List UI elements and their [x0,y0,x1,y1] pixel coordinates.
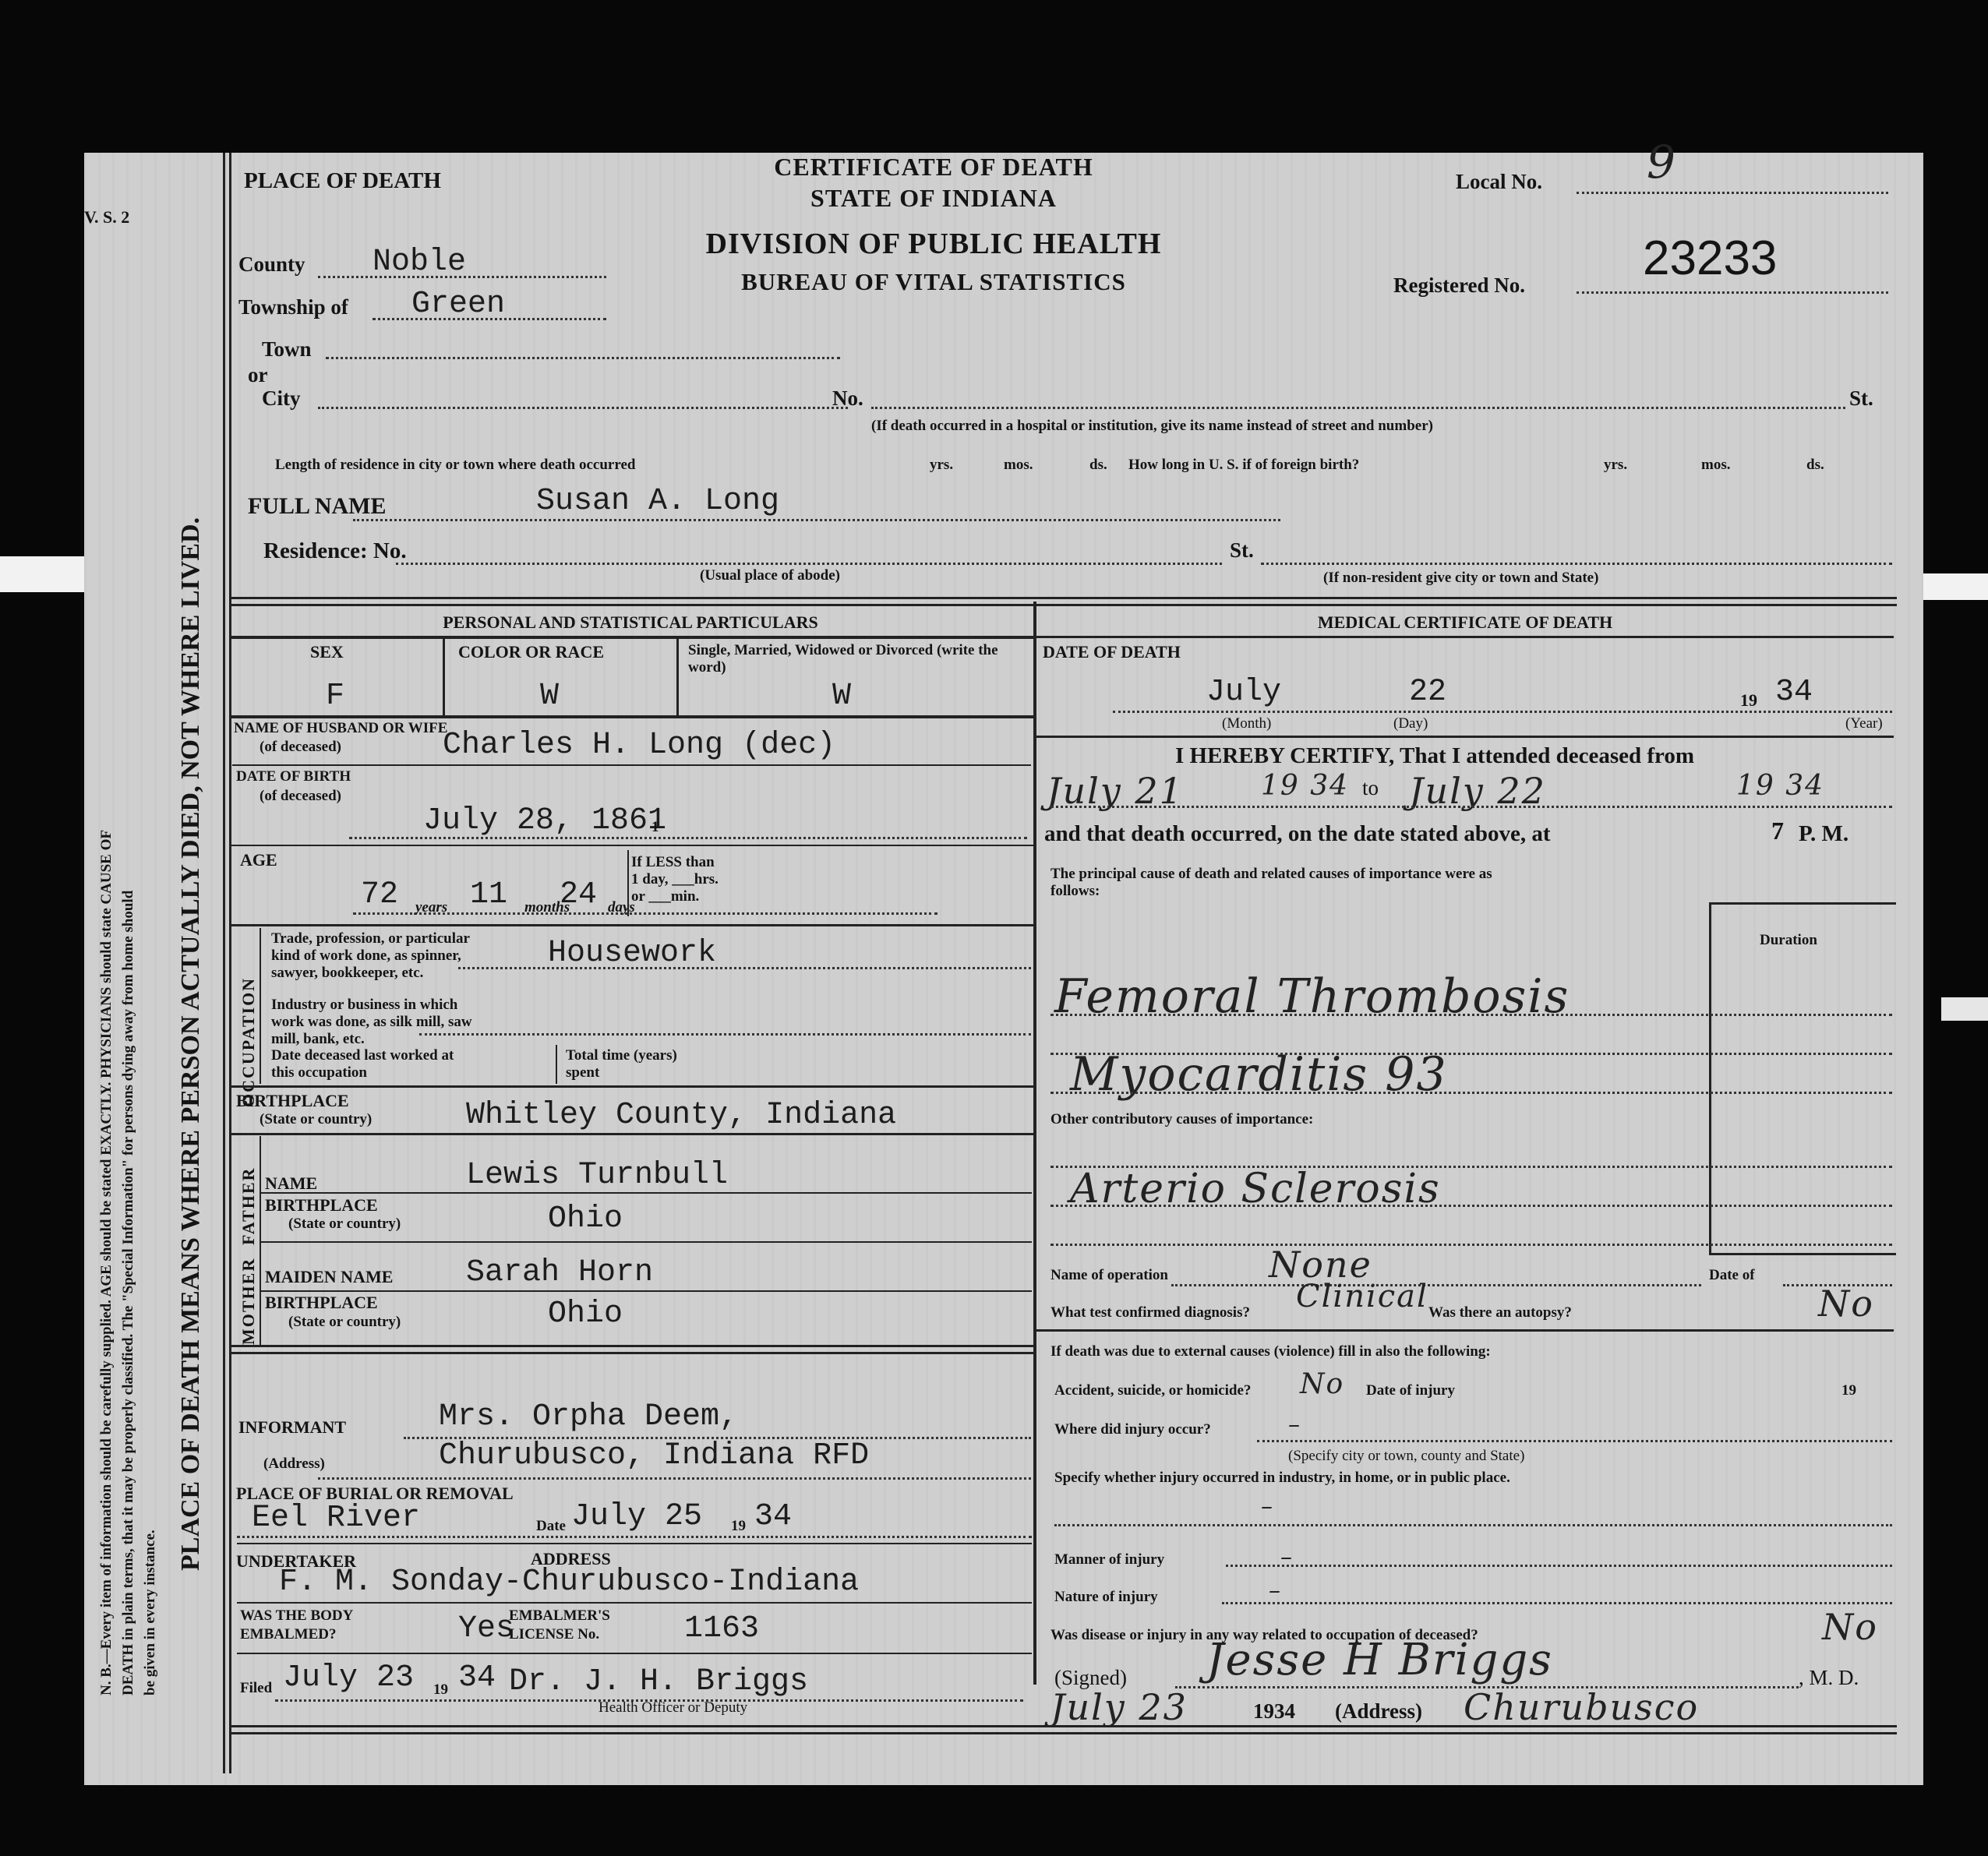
filed-label: Filed [240,1680,272,1697]
date-of-death-label: DATE OF DEATH [1043,642,1181,662]
section-divider [229,597,1897,606]
to-label: to [1362,776,1379,800]
foreign-birth-label: How long in U. S. if of foreign birth? [1128,457,1359,474]
street-st-label: St. [1849,386,1873,411]
father-birthplace-label: BIRTHPLACE [265,1195,378,1216]
street-no-label: No. [832,386,863,411]
foreign-ds-label: ds. [1806,457,1824,474]
mother-birthplace-value: Ohio [548,1297,623,1332]
informant-address-label: (Address) [263,1456,325,1473]
sex-value: F [326,679,344,714]
md-label: , M. D. [1799,1666,1859,1690]
month-label: (Month) [1222,715,1271,732]
informant-value: Mrs. Orpha Deem, [439,1399,738,1434]
filed-year-prefix: 19 [433,1681,448,1699]
scan-edge-highlight [0,556,86,592]
nonresident-note: (If non-resident give city or town and S… [1323,570,1598,587]
death-day-value: 22 [1409,675,1446,710]
operation-date-label: Date of [1709,1267,1755,1284]
trade-value: Housework [548,936,716,971]
certificate-title: CERTIFICATE OF DEATH [739,153,1128,182]
registered-no-label: Registered No. [1393,273,1525,298]
age-years-value: 72 [361,877,398,912]
mos-label: mos. [1004,457,1033,474]
injury-manner-value: – [1280,1544,1294,1571]
town-label: Town [262,337,312,362]
margin-note-line1: N. B.—Every item of information should b… [98,830,115,1695]
dob-value: July 28, 1861 [423,803,666,838]
medical-heading: MEDICAL CERTIFICATE OF DEATH [1036,612,1894,633]
other-causes-label: Other contributory causes of importance: [1050,1111,1313,1128]
burial-year-value: 34 [754,1499,792,1534]
state-title: STATE OF INDIANA [739,184,1128,213]
age-days-value: 24 [560,877,597,912]
attended-from-year: 19 34 [1261,770,1349,802]
mother-birthplace-sub-label: (State or country) [288,1314,401,1331]
trade-label: Trade, profession, or particular kind of… [271,930,489,982]
years-label: years [415,899,447,916]
death-time-text: and that death occurred, on the date sta… [1044,821,1551,847]
birthplace-label: BIRTHPLACE [236,1091,349,1111]
autopsy-value: No [1818,1283,1874,1325]
certify-text: I HEREBY CERTIFY, That I attended deceas… [1175,743,1694,769]
industry-label: Industry or business in which work was d… [271,997,482,1048]
sex-label: SEX [310,642,344,662]
occupation-related-value: No [1822,1606,1878,1648]
birthplace-value: Whitley County, Indiana [466,1098,896,1133]
burial-place-value: Eel River [252,1501,420,1536]
injury-nature-value: – [1269,1577,1282,1604]
diagnosis-test-value: Clinical [1296,1279,1428,1314]
dob-mark: 1 [651,819,659,836]
spouse-sub-label: (of deceased) [260,739,341,756]
signer-address-label: (Address) [1335,1699,1422,1724]
less-than-day-label: If LESS than 1 day, ___hrs. or ___min. [631,854,719,905]
father-name-label: NAME [265,1173,317,1194]
birthplace-sub-label: (State or country) [260,1111,372,1128]
foreign-yrs-label: yrs. [1604,457,1627,474]
county-value: Noble [373,245,466,280]
age-months-value: 11 [470,877,507,912]
death-certificate: V. S. 2 N. B.—Every item of information … [84,153,1923,1785]
father-name-value: Lewis Turnbull [466,1158,728,1193]
diagnosis-test-label: What test confirmed diagnosis? [1050,1304,1250,1321]
father-birthplace-value: Ohio [548,1201,623,1237]
color-race-label: COLOR OR RACE [458,642,604,662]
injury-manner-label: Manner of injury [1054,1551,1164,1568]
embalmed-label: WAS THE BODY EMBALMED? [240,1607,411,1644]
signed-date-value: July 23 [1050,1686,1188,1728]
township-value: Green [411,287,505,322]
injury-place-type-label: Specify whether injury occurred in indus… [1054,1470,1510,1487]
injury-date-label: Date of injury [1366,1382,1455,1399]
age-label: AGE [240,850,277,870]
death-time-value: 7 [1771,817,1784,845]
death-year-prefix: 19 [1740,690,1757,711]
or-label: or [248,363,267,387]
external-causes-label: If death was due to external causes (vio… [1050,1343,1491,1360]
place-of-death-note: PLACE OF DEATH MEANS WHERE PERSON ACTUAL… [176,517,206,1571]
mother-name-label: MAIDEN NAME [265,1267,393,1287]
year-label: (Year) [1845,715,1883,732]
attended-to-year: 19 34 [1736,770,1824,802]
color-race-value: W [540,679,559,714]
duration-label: Duration [1760,932,1817,949]
physician-signature: Jesse H Briggs [1206,1635,1553,1685]
father-birthplace-sub-label: (State or country) [288,1216,401,1233]
personal-heading: PERSONAL AND STATISTICAL PARTICULARS [229,612,1032,633]
bottom-rule [229,1725,1897,1734]
signed-year-value: 1934 [1253,1699,1295,1724]
health-officer-value: Dr. J. H. Briggs [509,1664,808,1699]
margin-note-line2: DEATH in plain terms, that it may be pro… [120,891,137,1695]
county-label: County [238,252,305,277]
mother-name-value: Sarah Horn [466,1255,653,1290]
residence-label: Residence: No. [263,538,407,564]
where-injury-label: Where did injury occur? [1054,1421,1211,1438]
where-injury-sub-label: (Specify city or town, county and State) [1288,1448,1524,1465]
last-worked-label: Date deceased last worked at this occupa… [271,1047,474,1081]
injury-year-prefix: 19 [1841,1382,1856,1399]
residence-length-label: Length of residence in city or town wher… [275,457,635,474]
total-time-label: Total time (years) spent [566,1047,714,1081]
margin-rule [229,153,231,1773]
spouse-label: NAME OF HUSBAND OR WIFE [234,720,447,737]
autopsy-label: Was there an autopsy? [1428,1304,1572,1321]
place-of-death-heading: PLACE OF DEATH [244,168,441,194]
margin-rule [223,153,225,1773]
operation-label: Name of operation [1050,1267,1168,1284]
local-no-label: Local No. [1456,170,1542,194]
burial-year-prefix: 19 [731,1518,746,1535]
embalmed-value: Yes [458,1611,514,1646]
accident-label: Accident, suicide, or homicide? [1054,1382,1251,1399]
informant-label: INFORMANT [238,1417,346,1438]
mother-birthplace-label: BIRTHPLACE [265,1293,378,1313]
full-name-label: FULL NAME [248,493,387,520]
registered-no-value: 23233 [1643,231,1777,286]
death-year-value: 34 [1775,675,1813,710]
filed-date-value: July 23 [283,1660,414,1695]
cause-label: The principal cause of death and related… [1050,866,1518,900]
signer-address-value: Churubusco [1464,1686,1699,1728]
full-name-value: Susan A. Long [536,484,779,519]
city-label: City [262,386,301,411]
township-label: Township of [238,295,348,319]
informant-address-value: Churubusco, Indiana RFD [439,1438,869,1473]
usual-abode-note: (Usual place of abode) [700,567,840,584]
residence-st-label: St. [1230,538,1254,563]
margin-note-line3: be given in every instance. [142,1530,159,1695]
injury-nature-label: Nature of injury [1054,1589,1158,1606]
burial-date-label: Date [536,1518,566,1535]
accident-value: No [1300,1368,1344,1400]
license-value: 1163 [684,1611,759,1646]
column-divider [1033,602,1036,1685]
scan-edge-highlight [1941,997,1988,1021]
day-label: (Day) [1393,715,1428,732]
father-side-label: FATHER [238,1167,259,1245]
division-title: DIVISION OF PUBLIC HEALTH [692,227,1175,261]
where-injury-value: – [1288,1411,1301,1438]
injury-place-type-value: – [1261,1493,1274,1520]
undertaker-value: F. M. Sonday-Churubusco-Indiana [279,1565,859,1600]
marital-status-value: W [832,679,851,714]
scan-edge-highlight [1918,573,1988,600]
pm-label: P. M. [1799,821,1849,847]
dob-label: DATE OF BIRTH [236,768,351,785]
death-month-value: July [1206,675,1281,710]
ds-label: ds. [1089,457,1107,474]
yrs-label: yrs. [930,457,953,474]
foreign-mos-label: mos. [1701,457,1730,474]
license-label: EMBALMER'S LICENSE No. [509,1607,657,1644]
hospital-note: (If death occurred in a hospital or inst… [871,418,1433,435]
filed-year-value: 34 [458,1660,496,1695]
health-officer-label: Health Officer or Deputy [599,1699,747,1717]
spouse-value: Charles H. Long (dec) [443,728,835,763]
marital-status-label: Single, Married, Widowed or Divorced (wr… [688,642,1023,676]
dob-sub-label: (of deceased) [260,788,341,805]
mother-side-label: MOTHER [238,1258,259,1345]
local-no-value: 9 [1647,136,1677,189]
burial-date-value: July 25 [571,1499,702,1534]
form-id: V. S. 2 [84,207,129,228]
bureau-title: BUREAU OF VITAL STATISTICS [692,268,1175,296]
